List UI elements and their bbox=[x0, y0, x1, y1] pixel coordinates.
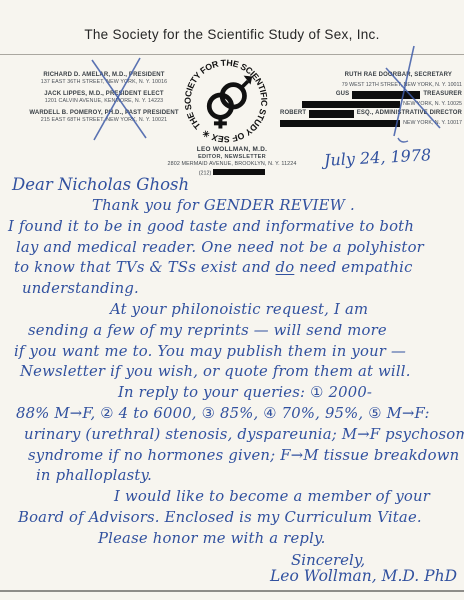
officer-address: 137 EAST 36TH STREET, NEW YORK, N. Y. 10… bbox=[20, 79, 188, 86]
editor-name: LEO WOLLMAN, M.D. bbox=[110, 146, 354, 154]
society-seal-icon: THE SOCIETY FOR THE SCIENTIFIC STUDY OF … bbox=[183, 58, 269, 144]
officer-text: 79 WEST 12TH STREET, NEW YORK, N. Y. 100… bbox=[342, 81, 462, 89]
salutation: Dear Nicholas Ghosh bbox=[12, 175, 189, 194]
officer-name: JACK LIPPES, M.D., PRESIDENT ELECT bbox=[20, 90, 188, 98]
letter-body: Thank you for GENDER REVIEW .I found it … bbox=[6, 197, 464, 551]
handwritten-line: lay and medical reader. One need not be … bbox=[6, 239, 464, 260]
officer-left-2: WARDELL B. POMEROY, PH.D., PAST PRESIDEN… bbox=[20, 109, 188, 124]
officer-left-0: RICHARD D. AMELAR, M.D., PRESIDENT137 EA… bbox=[20, 71, 188, 86]
handwritten-line: sending a few of my reprints — will send… bbox=[6, 322, 464, 343]
handwritten-line: 88% M→F, ② 4 to 6000, ③ 85%, ④ 70%, 95%,… bbox=[6, 405, 464, 426]
officers-left-block: RICHARD D. AMELAR, M.D., PRESIDENT137 EA… bbox=[20, 71, 188, 128]
signature: Leo Wollman, M.D. PhD bbox=[270, 567, 457, 585]
officer-right-line: NEW YORK, N. Y. 10017 bbox=[280, 119, 462, 127]
officer-right-line: ROBERTESQ., ADMINISTRATIVE DIRECTOR bbox=[280, 109, 462, 118]
handwritten-line: I would like to become a member of your bbox=[6, 488, 464, 509]
handwritten-line: In reply to your queries: ① 2000- bbox=[6, 384, 464, 405]
officer-address: 215 EAST 68TH STREET, NEW YORK, N. Y. 10… bbox=[20, 117, 188, 124]
redaction-bar bbox=[309, 110, 354, 118]
officers-right-block: RUTH RAE DOORBAR, SECRETARY79 WEST 12TH … bbox=[280, 71, 462, 128]
handwritten-line: I found it to be in good taste and infor… bbox=[6, 218, 464, 239]
letterhead-divider bbox=[0, 54, 464, 55]
handwritten-line: urinary (urethral) stenosis, dyspareunia… bbox=[6, 426, 464, 447]
phone-area-code: (212) bbox=[199, 170, 212, 176]
handwritten-line: Please honor me with a reply. bbox=[6, 530, 464, 551]
editor-block: LEO WOLLMAN, M.D. EDITOR, NEWSLETTER 280… bbox=[110, 146, 354, 177]
officer-name: RICHARD D. AMELAR, M.D., PRESIDENT bbox=[20, 71, 188, 79]
handwritten-line: to know that TVs & TSs exist and do need… bbox=[6, 259, 464, 280]
officer-left-1: JACK LIPPES, M.D., PRESIDENT ELECT1201 C… bbox=[20, 90, 188, 105]
officer-right-line: 79 WEST 12TH STREET, NEW YORK, N. Y. 100… bbox=[280, 81, 462, 89]
handwritten-line: understanding. bbox=[6, 280, 464, 301]
handwritten-line: if you want me to. You may publish them … bbox=[6, 343, 464, 364]
interlocked-gender-symbols-icon bbox=[209, 76, 252, 129]
scanned-letter-page: The Society for the Scientific Study of … bbox=[0, 0, 464, 600]
handwritten-line: Newsletter if you wish, or quote from th… bbox=[6, 363, 464, 384]
officer-text: NEW YORK, N. Y. 10025 bbox=[403, 100, 462, 108]
officer-address: 1201 CALVIN AVENUE, KENMORE, N. Y. 14223 bbox=[20, 98, 188, 105]
officer-text: ESQ., ADMINISTRATIVE DIRECTOR bbox=[357, 109, 462, 118]
org-title: The Society for the Scientific Study of … bbox=[0, 27, 464, 42]
handwritten-line: syndrome if no hormones given; F→M tissu… bbox=[6, 447, 464, 468]
redaction-bar bbox=[302, 101, 400, 108]
officer-right-line: GUSTREASURER bbox=[280, 90, 462, 99]
handwritten-line: At your philonoistic request, I am bbox=[6, 301, 464, 322]
editor-title: EDITOR, NEWSLETTER bbox=[110, 154, 354, 161]
phone-redaction-bar bbox=[213, 169, 265, 176]
redaction-bar bbox=[280, 120, 400, 127]
scan-bottom-edge bbox=[0, 590, 464, 592]
handwritten-line: Thank you for GENDER REVIEW . bbox=[6, 197, 464, 218]
handwritten-line: in phalloplasty. bbox=[6, 467, 464, 488]
officer-right-line: NEW YORK, N. Y. 10025 bbox=[280, 100, 462, 108]
officer-text: GUS bbox=[336, 90, 349, 99]
officer-right-line: RUTH RAE DOORBAR, SECRETARY bbox=[280, 71, 462, 80]
editor-address: 2802 MERMAID AVENUE, BROOKLYN, N. Y. 112… bbox=[110, 161, 354, 169]
handwritten-line: Board of Advisors. Enclosed is my Curric… bbox=[6, 509, 464, 530]
officer-text: ROBERT bbox=[280, 109, 306, 118]
officer-text: RUTH RAE DOORBAR, SECRETARY bbox=[345, 71, 452, 80]
officer-text: TREASURER bbox=[423, 90, 462, 99]
officer-name: WARDELL B. POMEROY, PH.D., PAST PRESIDEN… bbox=[20, 109, 188, 117]
officer-text: NEW YORK, N. Y. 10017 bbox=[403, 119, 462, 127]
redaction-bar bbox=[352, 91, 420, 99]
